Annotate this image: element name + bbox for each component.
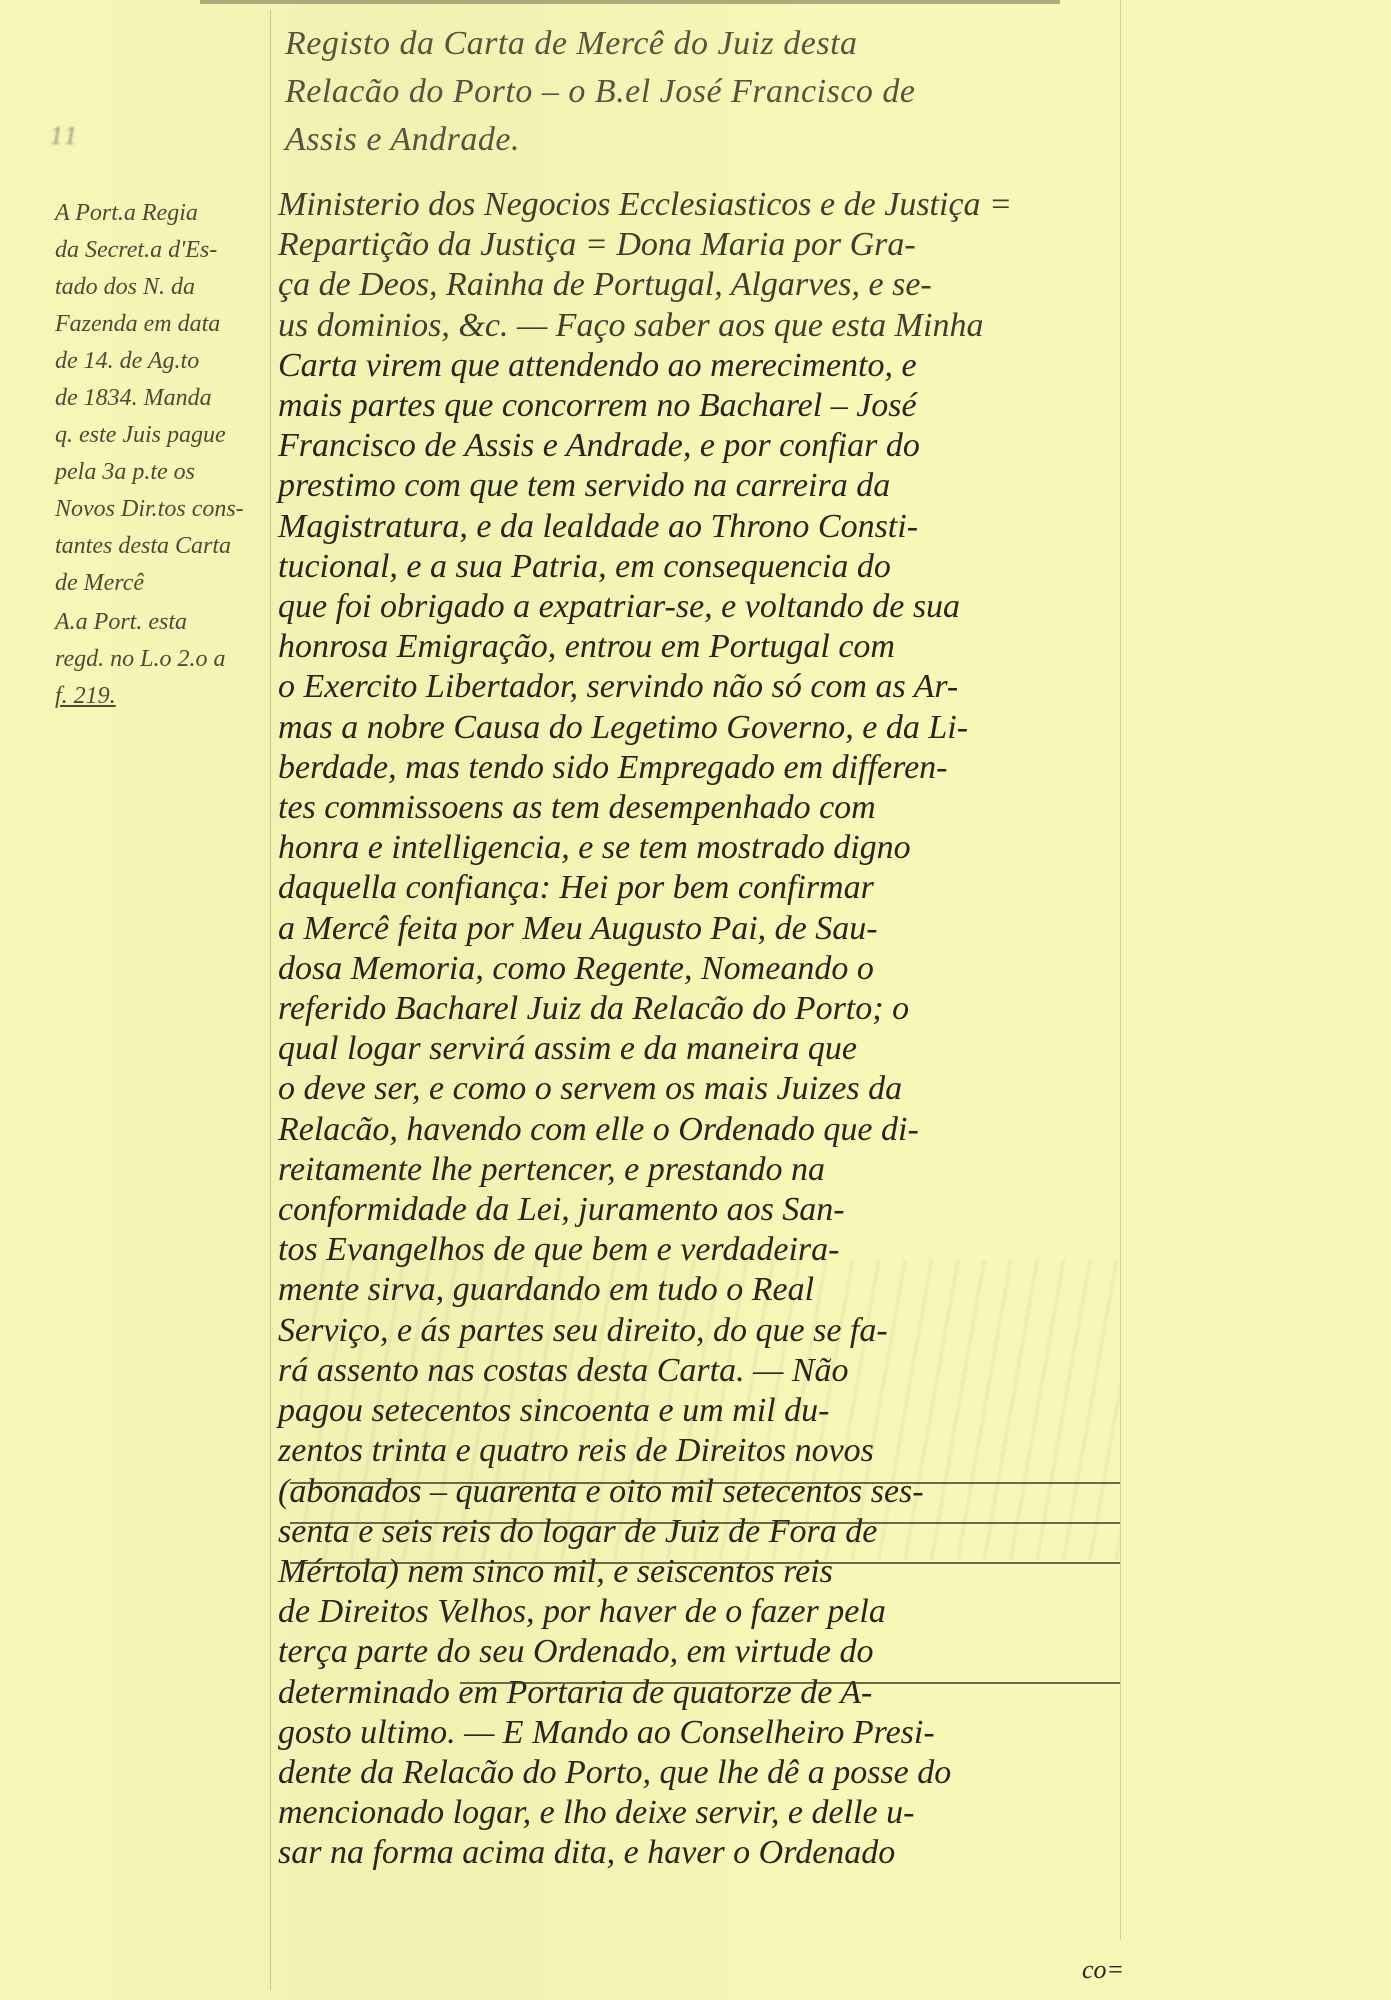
body-line: mais partes que concorrem no Bacharel – … [278, 386, 1128, 426]
body-line: ça de Deos, Rainha de Portugal, Algarves… [278, 265, 1128, 305]
body-line: a Mercê feita por Meu Augusto Pai, de Sa… [278, 909, 1128, 949]
body-line: (abonados – quarenta e oito mil setecent… [278, 1472, 1128, 1512]
body-line: daquella confiança: Hei por bem confirma… [278, 868, 1128, 908]
title-line: Assis e Andrade. [285, 116, 985, 164]
body-line: Serviço, e ás partes seu direito, do que… [278, 1311, 1128, 1351]
body-line: honra e intelligencia, e se tem mostrado… [278, 828, 1128, 868]
title-line: Registo da Carta de Mercê do Juiz desta [285, 20, 985, 68]
document-title: Registo da Carta de Mercê do Juiz desta … [285, 20, 985, 164]
manuscript-page: 11 Registo da Carta de Mercê do Juiz des… [0, 0, 1391, 2000]
body-line: o deve ser, e como o servem os mais Juiz… [278, 1069, 1128, 1109]
marginal-line: de 1834. Manda [55, 380, 270, 417]
marginal-line: tantes desta Carta [55, 528, 270, 565]
body-line: zentos trinta e quatro reis de Direitos … [278, 1431, 1128, 1471]
marginal-line: da Secret.a d'Es- [55, 232, 270, 269]
body-line: sar na forma acima dita, e haver o Orden… [278, 1833, 1128, 1873]
body-line: Francisco de Assis e Andrade, e por conf… [278, 426, 1128, 466]
body-line: mente sirva, guardando em tudo o Real [278, 1270, 1128, 1310]
marginal-note: A Port.a Regia da Secret.a d'Es- tado do… [55, 195, 270, 715]
marginal-line: pela 3a p.te os [55, 454, 270, 491]
body-line: mas a nobre Causa do Legetimo Governo, e… [278, 708, 1128, 748]
marginal-line: A Port.a Regia [55, 195, 270, 232]
body-line: qual logar servirá assim e da maneira qu… [278, 1029, 1128, 1069]
marginal-line: Novos Dir.tos cons- [55, 491, 270, 528]
marginal-reference-line: regd. no L.o 2.o a [55, 641, 270, 678]
body-line: tes commissoens as tem desempenhado com [278, 788, 1128, 828]
document-body: Ministerio dos Negocios Ecclesiasticos e… [278, 185, 1128, 1874]
body-line: dente da Relacão do Porto, que lhe dê a … [278, 1753, 1128, 1793]
body-line: tos Evangelhos de que bem e verdadeira- [278, 1230, 1128, 1270]
body-line: dosa Memoria, como Regente, Nomeando o [278, 949, 1128, 989]
body-line: Carta virem que attendendo ao mereciment… [278, 346, 1128, 386]
body-line: rá assento nas costas desta Carta. — Não [278, 1351, 1128, 1391]
marginal-reference-line: A.a Port. esta [55, 604, 270, 641]
underline-stroke [290, 1482, 1120, 1484]
left-margin-rule [270, 10, 271, 1990]
body-line: Ministerio dos Negocios Ecclesiasticos e… [278, 185, 1128, 225]
underline-stroke [460, 1682, 1120, 1684]
marginal-line: de 14. de Ag.to [55, 343, 270, 380]
body-line: conformidade da Lei, juramento aos San- [278, 1190, 1128, 1230]
marginal-line: de Mercê [55, 565, 270, 602]
body-line: honrosa Emigração, entrou em Portugal co… [278, 627, 1128, 667]
body-line: o Exercito Libertador, servindo não só c… [278, 667, 1128, 707]
body-line: referido Bacharel Juiz da Relacão do Por… [278, 989, 1128, 1029]
body-line: determinado em Portaria de quatorze de A… [278, 1673, 1128, 1713]
marginal-line: q. este Juis pague [55, 417, 270, 454]
body-line: gosto ultimo. — E Mando ao Conselheiro P… [278, 1713, 1128, 1753]
folio-mark: 11 [50, 125, 84, 153]
body-line: Relacão, havendo com elle o Ordenado que… [278, 1110, 1128, 1150]
page-top-edge [200, 0, 1060, 4]
title-line: Relacão do Porto – o B.el José Francisco… [285, 68, 985, 116]
catchword: co= [1082, 1955, 1124, 1985]
marginal-reference-line: f. 219. [55, 678, 270, 715]
body-line: pagou setecentos sincoenta e um mil du- [278, 1391, 1128, 1431]
marginal-line: Fazenda em data [55, 306, 270, 343]
underline-stroke [290, 1522, 1120, 1524]
body-line: senta e seis reis do logar de Juiz de Fo… [278, 1512, 1128, 1552]
underline-stroke [290, 1562, 1120, 1564]
body-line: us dominios, &c. — Faço saber aos que es… [278, 306, 1128, 346]
body-line: reitamente lhe pertencer, e prestando na [278, 1150, 1128, 1190]
body-line: prestimo com que tem servido na carreira… [278, 466, 1128, 506]
body-line: Repartição da Justiça = Dona Maria por G… [278, 225, 1128, 265]
body-line: tucional, e a sua Patria, em consequenci… [278, 547, 1128, 587]
marginal-line: tado dos N. da [55, 269, 270, 306]
body-line: berdade, mas tendo sido Empregado em dif… [278, 748, 1128, 788]
body-line: que foi obrigado a expatriar-se, e volta… [278, 587, 1128, 627]
body-line: mencionado logar, e lho deixe servir, e … [278, 1793, 1128, 1833]
body-line: Magistratura, e da lealdade ao Throno Co… [278, 507, 1128, 547]
body-line: Mértola) nem sinco mil, e seiscentos rei… [278, 1552, 1128, 1592]
body-line: terça parte do seu Ordenado, em virtude … [278, 1632, 1128, 1672]
body-line: de Direitos Velhos, por haver de o fazer… [278, 1592, 1128, 1632]
